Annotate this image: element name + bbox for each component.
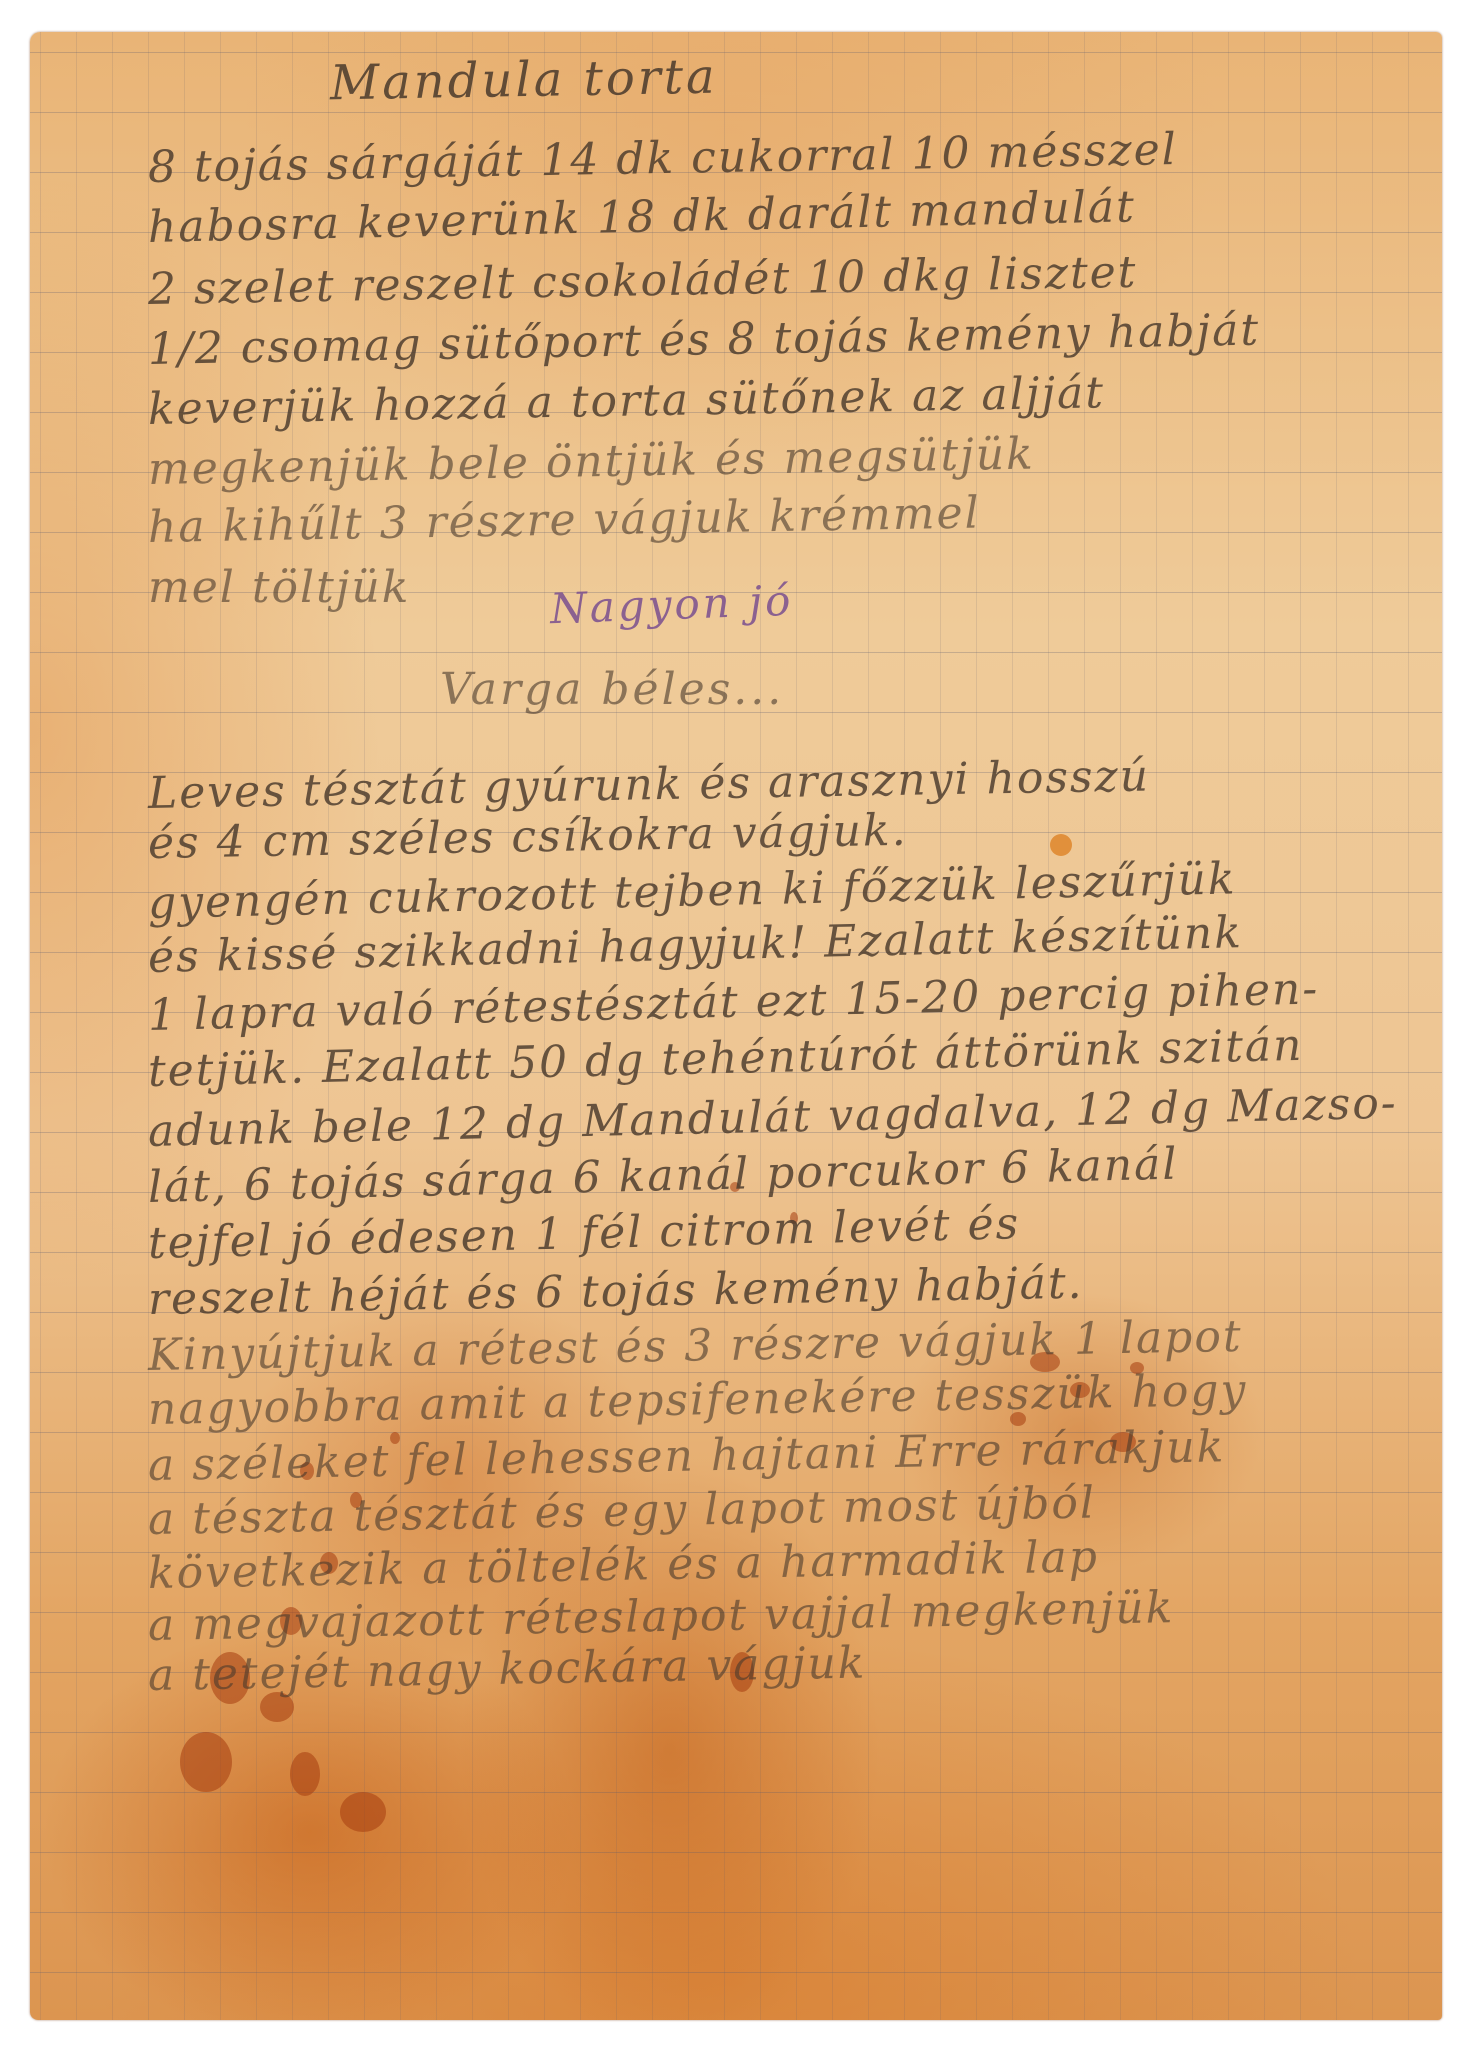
- recipe-1-line: megkenjük bele öntjük és megsütjük: [148, 429, 1036, 495]
- recipe-2-line: reszelt héját és 6 tojás kemény habját.: [148, 1258, 1084, 1325]
- recipe-1-line: mel töltjük: [148, 562, 410, 613]
- recipe-1-line: keverjük hozzá a torta sütőnek az aljját: [148, 367, 1106, 435]
- recipe-1-line: 2 szelet reszelt csokoládét 10 dkg liszt…: [148, 247, 1138, 315]
- recipe-2-title: Varga béles...: [440, 664, 784, 715]
- recipe-1-title: Mandula torta: [330, 49, 719, 112]
- annotation-very-good: Nagyon jó: [549, 576, 794, 633]
- recipe-paper-page: Mandula torta 8 tojás sárgáját 14 dk cuk…: [30, 32, 1442, 2020]
- recipe-1-line: 1/2 csomag sütőport és 8 tojás kemény ha…: [148, 305, 1261, 375]
- recipe-1-line: habosra keverünk 18 dk darált mandulát: [147, 181, 1136, 253]
- recipe-1-line: ha kihűlt 3 részre vágjuk krémmel: [148, 487, 982, 553]
- handwritten-text: Mandula torta 8 tojás sárgáját 14 dk cuk…: [30, 32, 1442, 2020]
